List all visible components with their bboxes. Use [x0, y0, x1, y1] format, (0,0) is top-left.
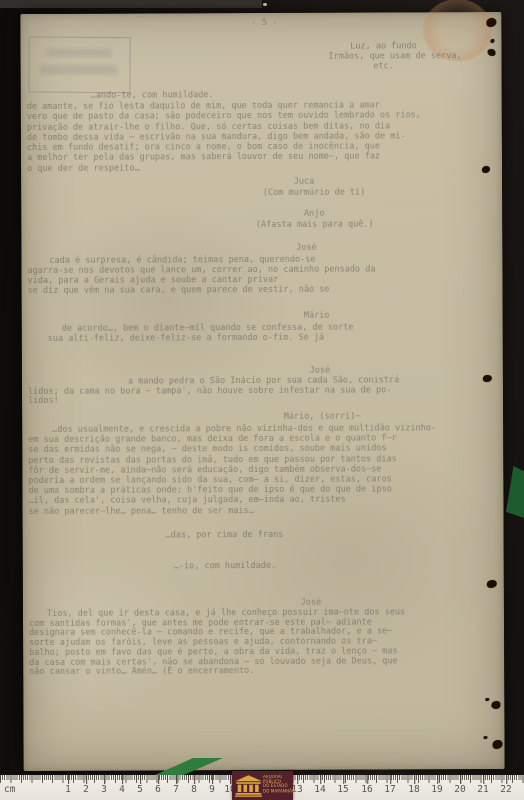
- character-heading: Mário: [252, 310, 382, 321]
- dialogue-paragraph: de acordo…, bem o diante—mil quando se c…: [48, 322, 393, 344]
- ruler-number: 22: [500, 784, 511, 795]
- text-line: o que der de respeito…: [27, 162, 429, 174]
- text-line: Mário, (sorri)—: [242, 411, 402, 422]
- text-line: Juca: [244, 177, 364, 188]
- dialogue-paragraph: …dos usualmente, e crescida a pobre não …: [28, 423, 430, 517]
- text-line: etc.: [329, 61, 439, 71]
- archive-logo-line: DO MARANHÃO: [263, 789, 295, 794]
- text-line: …das, por cima de frans: [166, 530, 356, 541]
- ruler-number: 8: [191, 784, 197, 795]
- ruler-number: 5: [137, 784, 143, 795]
- character-heading: …ando-te, com humildade.: [91, 90, 351, 101]
- stage-direction: (Afasta mais para quê.): [237, 219, 392, 230]
- ruler-number: 7: [173, 784, 179, 795]
- text-line: Anjo: [244, 208, 384, 219]
- text-line: José: [241, 243, 371, 254]
- text-line: …-io, com humildade.: [174, 561, 344, 572]
- text-line: Luz, ao fundo: [328, 41, 438, 51]
- text-line: (Com murmúrio de ti): [239, 187, 389, 198]
- archive-logo-text: ARQUIVOPÚBLICODO ESTADODO MARANHÃO: [263, 775, 295, 794]
- text-line: Irmãos, que usam de serva,: [329, 51, 439, 61]
- text-line: sua alti-feliz, deixe-feliz-se a formand…: [48, 332, 393, 344]
- text-line: …ando-te, com humildade.: [91, 90, 351, 101]
- character-heading: José: [241, 243, 371, 254]
- archive-logo: ARQUIVOPÚBLICODO ESTADODO MARANHÃO: [232, 771, 293, 800]
- measuring-ruler: cm 12345678910111213141516171819202122 A…: [0, 775, 524, 800]
- stage-direction: (Com murmúrio de ti): [239, 187, 389, 198]
- dialogue-paragraph: a mando pedra o São Inácio por sua cada …: [28, 376, 430, 407]
- text-line: Mário: [252, 310, 382, 321]
- text-line: lidos!: [28, 396, 430, 407]
- text-line: José: [251, 598, 371, 609]
- ruler-number: 9: [209, 784, 215, 795]
- building-icon: [235, 775, 262, 797]
- dialogue-paragraph: de amante, se fio lesta daquilo de mim, …: [27, 100, 429, 174]
- ink-spot: [491, 701, 500, 709]
- character-heading: Mário, (sorri)—: [242, 411, 402, 422]
- text-line: José: [255, 365, 385, 376]
- text-line: se não parecer—lhe… pena… tenho de ser m…: [29, 505, 431, 517]
- stage-direction: …das, por cima de frans: [166, 530, 356, 541]
- stage-direction: Luz, ao fundoIrmãos, que usam de serva,e…: [328, 41, 438, 71]
- character-heading: José: [255, 365, 385, 376]
- text-line: se diz que vêm na sua cara, e quem parec…: [28, 284, 430, 296]
- ruler-number: 6: [155, 784, 161, 795]
- ruler-number: 16: [361, 784, 372, 795]
- character-heading: José: [251, 598, 371, 609]
- document-page: - 5 - Luz, ao fundoIrmãos, que usam de s…: [20, 12, 504, 771]
- ruler-number: 14: [314, 784, 325, 795]
- ruler-number: 15: [337, 784, 348, 795]
- text-line: não cansar o vinto… Amén… (E o encerrame…: [29, 666, 436, 677]
- ruler-number: 3: [101, 784, 107, 795]
- ruler-number: 2: [83, 784, 89, 795]
- ruler-number: 4: [119, 784, 125, 795]
- text-line: a melhor ter pela das grupas, mas saberá…: [27, 152, 429, 164]
- ruler-number: 18: [408, 784, 419, 795]
- character-heading: Anjo: [244, 208, 384, 219]
- scanned-document: - 5 - Luz, ao fundoIrmãos, que usam de s…: [0, 0, 524, 800]
- ruler-unit-label: cm: [4, 784, 15, 795]
- ruler-number: 17: [384, 784, 395, 795]
- dialogue-paragraph: cada é surpresa, é cândida; teimas pena,…: [27, 254, 429, 296]
- character-heading: …-io, com humildade.: [174, 561, 344, 572]
- text-line: (Afasta mais para quê.): [237, 219, 392, 230]
- ruler-number: 19: [431, 784, 442, 795]
- character-heading: Juca: [244, 177, 364, 188]
- typewritten-text: Luz, ao fundoIrmãos, que usam de serva,e…: [0, 0, 524, 800]
- ruler-number: 21: [477, 784, 488, 795]
- ruler-number: 20: [454, 784, 465, 795]
- dialogue-paragraph: Tios, del que ir desta casa, e já lhe co…: [29, 608, 436, 678]
- ink-spot: [488, 49, 496, 56]
- ruler-number: 1: [65, 784, 71, 795]
